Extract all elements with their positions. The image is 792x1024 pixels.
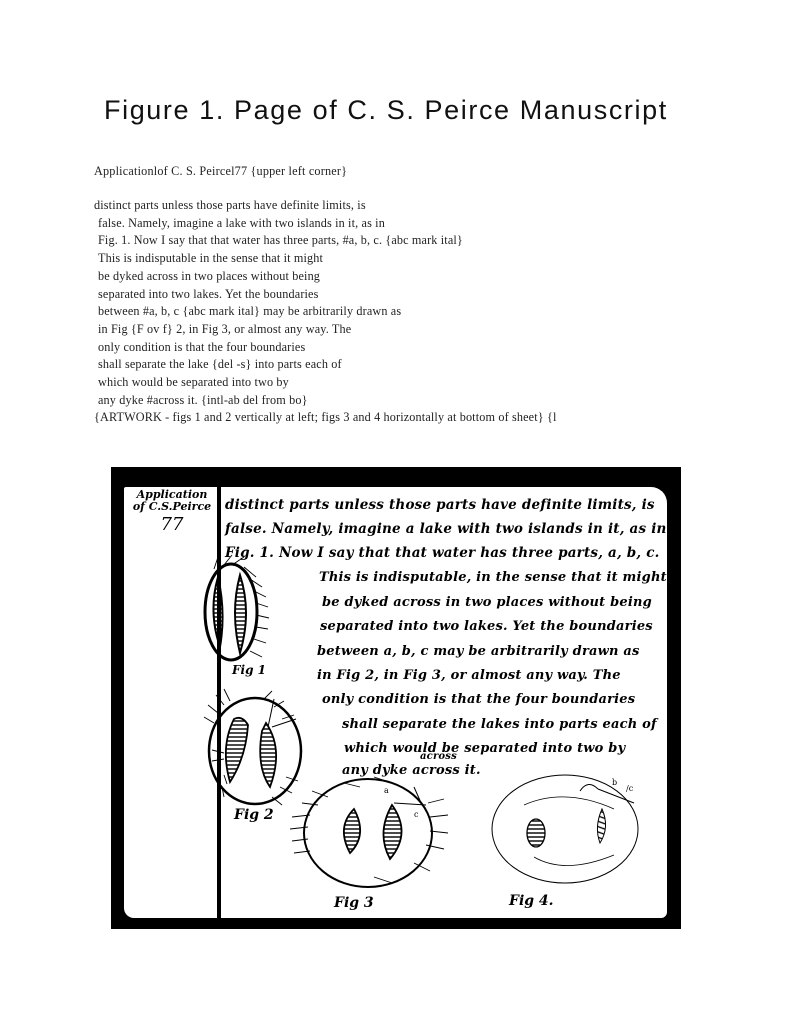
transcription-line: {ARTWORK - figs 1 and 2 vertically at le… bbox=[94, 409, 734, 427]
fig-2-diagram bbox=[204, 689, 301, 805]
fig-1-diagram bbox=[205, 555, 269, 660]
region-mark-c: /c bbox=[626, 784, 634, 793]
transcription-line: distinct parts unless those parts have d… bbox=[94, 197, 734, 215]
region-mark-c: c bbox=[414, 810, 419, 819]
transcription-line: between #a, b, c {abc mark ital} may be … bbox=[94, 303, 734, 321]
fig-2-label: Fig 2 bbox=[234, 807, 274, 823]
transcription-block: Applicationlof C. S. Peircel77 {upper le… bbox=[94, 164, 734, 427]
transcription-line: shall separate the lake {del -s} into pa… bbox=[94, 356, 734, 374]
region-mark-b: b bbox=[612, 778, 617, 787]
transcription-line: which would be separated into two by bbox=[94, 374, 734, 392]
transcription-line: false. Namely, imagine a lake with two i… bbox=[94, 215, 734, 233]
fig-1-label: Fig 1 bbox=[232, 663, 266, 677]
fig-4-label: Fig 4. bbox=[509, 893, 554, 909]
transcription-heading: Applicationlof C. S. Peircel77 {upper le… bbox=[94, 164, 734, 178]
fig-4-diagram: b /c bbox=[492, 775, 638, 883]
transcription-line: any dyke #across it. {intl-ab del from b… bbox=[94, 392, 734, 410]
manuscript-sheet: Application of C.S.Peirce 77 distinct pa… bbox=[124, 487, 667, 918]
transcription-line: Fig. 1. Now I say that that water has th… bbox=[94, 232, 734, 250]
transcription-line: This is indisputable in the sense that i… bbox=[94, 250, 734, 268]
manuscript-photo: Application of C.S.Peirce 77 distinct pa… bbox=[111, 467, 681, 929]
transcription-line: only condition is that the four boundari… bbox=[94, 339, 734, 357]
fig-3-label: Fig 3 bbox=[334, 895, 374, 911]
transcription-line: be dyked across in two places without be… bbox=[94, 268, 734, 286]
transcription-line: in Fig {F ov f} 2, in Fig 3, or almost a… bbox=[94, 321, 734, 339]
fig-3-diagram: a c bbox=[290, 777, 448, 887]
page-title: Figure 1. Page of C. S. Peirce Manuscrip… bbox=[104, 95, 704, 126]
lake-diagrams: a c b /c bbox=[124, 487, 667, 918]
transcription-line: separated into two lakes. Yet the bounda… bbox=[94, 286, 734, 304]
region-mark-a: a bbox=[384, 786, 389, 795]
